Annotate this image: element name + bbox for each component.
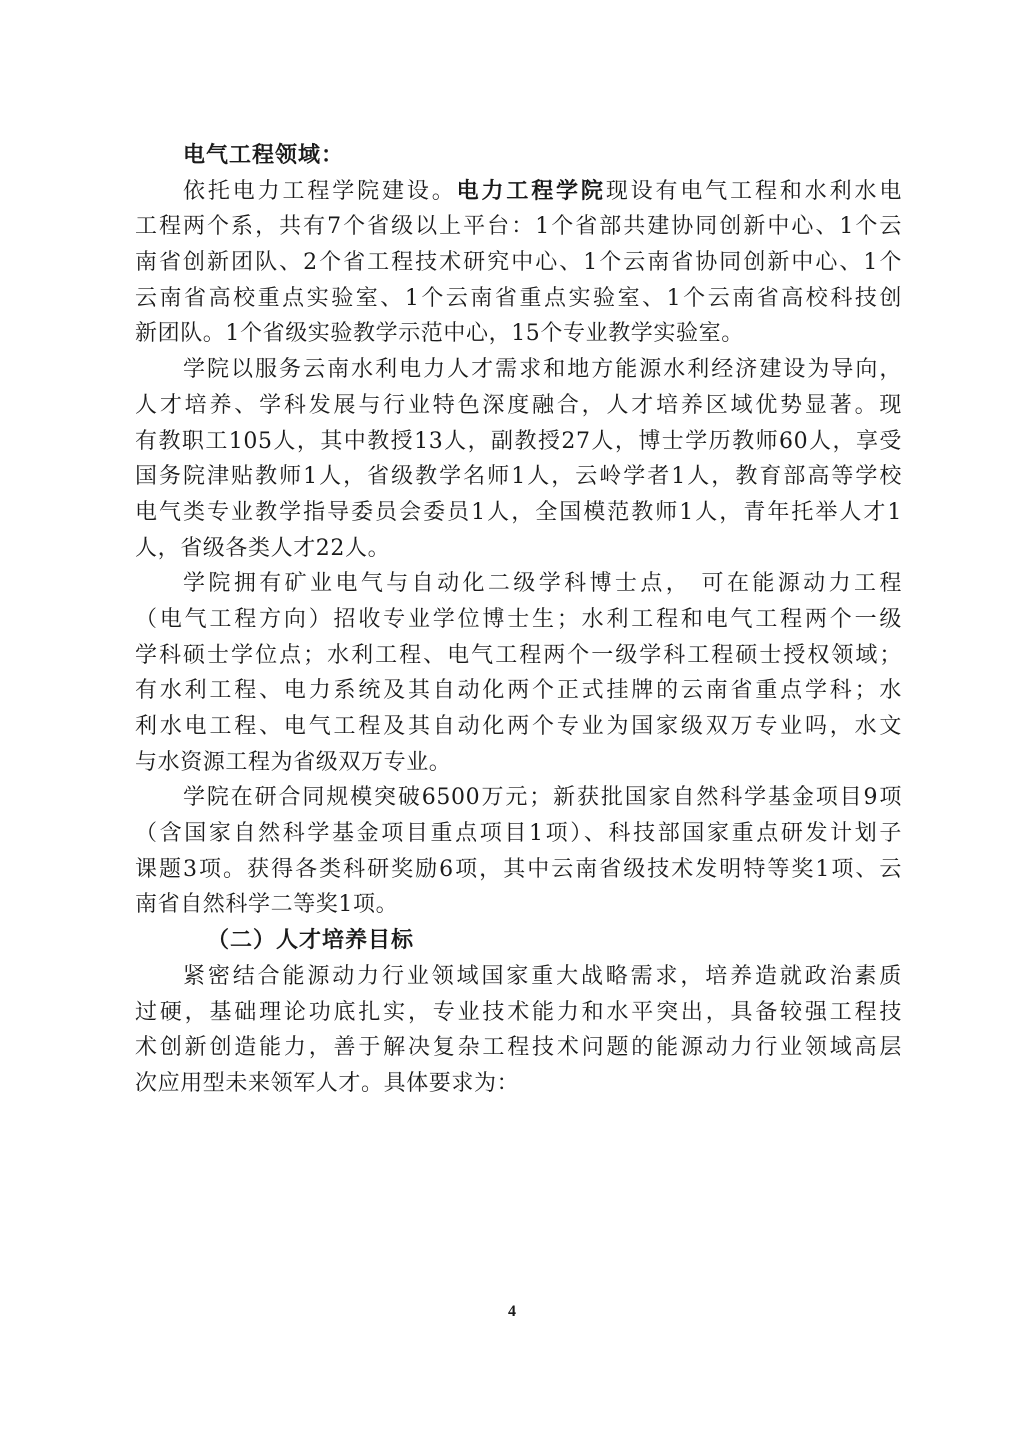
paragraph-line: 术创新创造能力，善于解决复杂工程技术问题的能源动力行业领域高层	[135, 1030, 902, 1066]
paragraph-line: 学院以服务云南水利电力人才需求和地方能源水利经济建设为导向，	[135, 352, 902, 388]
subsection-heading: （二）人才培养目标	[135, 923, 902, 959]
paragraph-line: 利水电工程、电气工程及其自动化两个专业为国家级双万专业吗，水文	[135, 709, 902, 745]
paragraph-line: 南省创新团队、2个省工程技术研究中心、1个云南省协同创新中心、1个	[135, 245, 902, 281]
paragraph-platforms: 依托电力工程学院建设。电力工程学院现设有电气工程和水利水电 工程两个系，共有7个…	[135, 174, 902, 352]
paragraph-line: 人，省级各类人才22人。	[135, 531, 902, 567]
paragraph-line: 紧密结合能源动力行业领域国家重大战略需求，培养造就政治素质	[135, 959, 902, 995]
paragraph-training-goal: 紧密结合能源动力行业领域国家重大战略需求，培养造就政治素质 过硬，基础理论功底扎…	[135, 959, 902, 1102]
section-heading: 电气工程领域：	[135, 138, 902, 174]
paragraph-line: 有教职工105人，其中教授13人，副教授27人，博士学历教师60人，享受	[135, 424, 902, 460]
paragraph-line: 有水利工程、电力系统及其自动化两个正式挂牌的云南省重点学科；水	[135, 673, 902, 709]
text-run: 现设有电气工程和水利水电	[606, 179, 902, 204]
document-page: 电气工程领域： 依托电力工程学院建设。电力工程学院现设有电气工程和水利水电 工程…	[135, 138, 902, 1102]
paragraph-line: 国务院津贴教师1人，省级教学名师1人，云岭学者1人，教育部高等学校	[135, 459, 902, 495]
paragraph-line: 学科硕士学位点；水利工程、电气工程两个一级学科工程硕士授权领域；	[135, 638, 902, 674]
page-number: 4	[0, 1303, 1024, 1321]
paragraph-research: 学院在研合同规模突破6500万元；新获批国家自然科学基金项目9项 （含国家自然科…	[135, 780, 902, 923]
paragraph-line: （含国家自然科学基金项目重点项目1项）、科技部国家重点研发计划子	[135, 816, 902, 852]
paragraph-line: 与水资源工程为省级双万专业。	[135, 745, 902, 781]
paragraph-faculty: 学院以服务云南水利电力人才需求和地方能源水利经济建设为导向， 人才培养、学科发展…	[135, 352, 902, 566]
text-run: 依托电力工程学院建设。	[183, 179, 457, 204]
paragraph-line: 新团队。1个省级实验教学示范中心，15个专业教学实验室。	[135, 316, 902, 352]
paragraph-line: 云南省高校重点实验室、1个云南省重点实验室、1个云南省高校科技创	[135, 281, 902, 317]
paragraph-line: 学院拥有矿业电气与自动化二级学科博士点， 可在能源动力工程	[135, 566, 902, 602]
paragraph-line: 次应用型未来领军人才。具体要求为：	[135, 1066, 902, 1102]
bold-college-name: 电力工程学院	[457, 179, 606, 204]
paragraph-line: 工程两个系，共有7个省级以上平台：1个省部共建协同创新中心、1个云	[135, 209, 902, 245]
paragraph-line: 电气类专业教学指导委员会委员1人，全国模范教师1人，青年托举人才1	[135, 495, 902, 531]
paragraph-line: 学院在研合同规模突破6500万元；新获批国家自然科学基金项目9项	[135, 780, 902, 816]
paragraph-line: 人才培养、学科发展与行业特色深度融合，人才培养区域优势显著。现	[135, 388, 902, 424]
paragraph-line: （电气工程方向）招收专业学位博士生；水利工程和电气工程两个一级	[135, 602, 902, 638]
paragraph-line: 南省自然科学二等奖1项。	[135, 887, 902, 923]
paragraph-disciplines: 学院拥有矿业电气与自动化二级学科博士点， 可在能源动力工程 （电气工程方向）招收…	[135, 566, 902, 780]
paragraph-line: 依托电力工程学院建设。电力工程学院现设有电气工程和水利水电	[135, 174, 902, 210]
paragraph-line: 过硬，基础理论功底扎实，专业技术能力和水平突出，具备较强工程技	[135, 995, 902, 1031]
paragraph-line: 课题3项。获得各类科研奖励6项，其中云南省级技术发明特等奖1项、云	[135, 852, 902, 888]
